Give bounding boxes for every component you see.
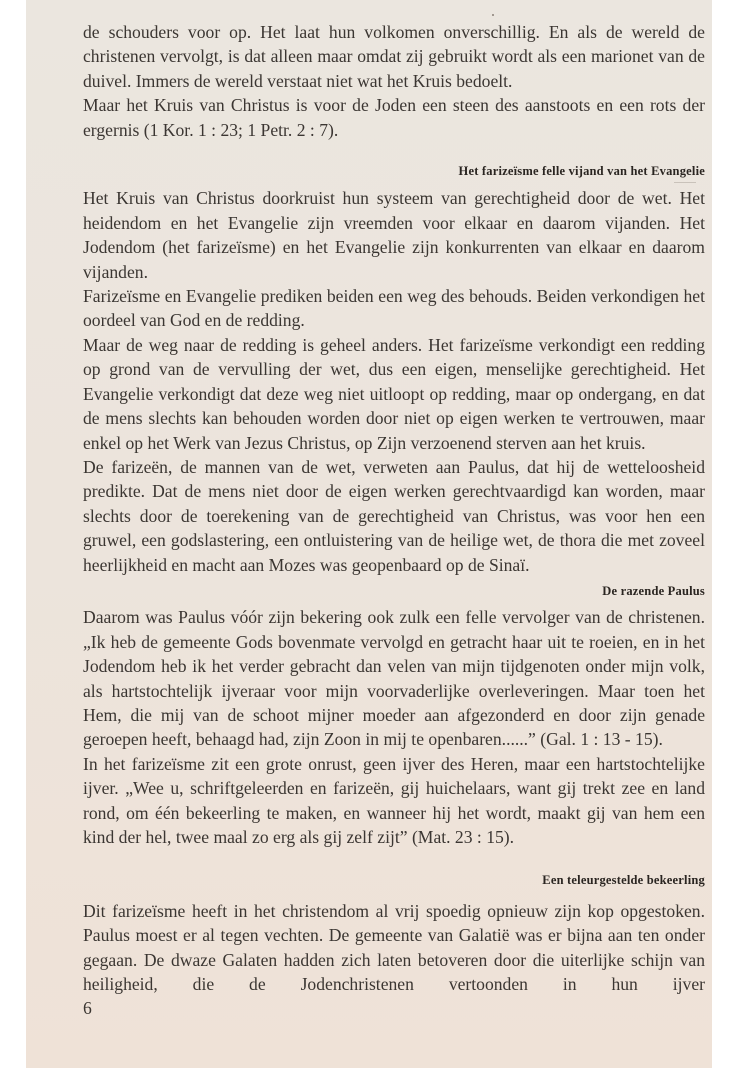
page-number: 6 bbox=[83, 996, 705, 1020]
paper-speck bbox=[492, 14, 494, 16]
paragraph: Het Kruis van Christus doorkruist hun sy… bbox=[83, 186, 705, 284]
paragraph: de schouders voor op. Het laat hun volko… bbox=[83, 20, 705, 93]
section-heading: Een teleurgestelde bekeerling bbox=[83, 868, 705, 892]
paragraph: De farizeën, de mannen van de wet, verwe… bbox=[83, 455, 705, 577]
paragraph: In het farizeïsme zit een grote onrust, … bbox=[83, 752, 705, 850]
paragraph: Maar de weg naar de redding is geheel an… bbox=[83, 333, 705, 455]
book-page: de schouders voor op. Het laat hun volko… bbox=[26, 0, 712, 1068]
paragraph: Dit farizeïsme heeft in het christendom … bbox=[83, 899, 705, 997]
page-content: de schouders voor op. Het laat hun volko… bbox=[83, 20, 705, 1021]
paragraph: Farizeïsme en Evangelie prediken beiden … bbox=[83, 284, 705, 333]
section-heading: De razende Paulus bbox=[83, 579, 705, 603]
section-heading: Het farizeïsme felle vijand van het Evan… bbox=[83, 159, 705, 183]
paragraph: Daarom was Paulus vóór zijn bekering ook… bbox=[83, 605, 705, 751]
paragraph: Maar het Kruis van Christus is voor de J… bbox=[83, 93, 705, 142]
